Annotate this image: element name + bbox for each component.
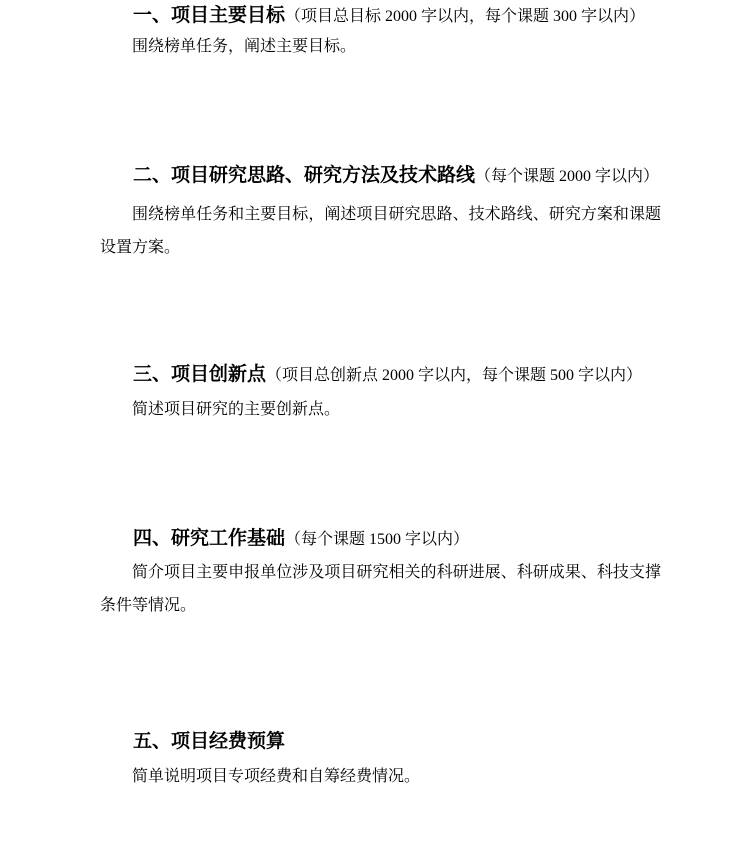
- section-body-text: 简单说明项目专项经费和自筹经费情况。: [100, 760, 661, 793]
- section-innovations: 三、项目创新点（项目总创新点 2000 字以内，每个课题 500 字以内） 简述…: [100, 362, 661, 426]
- section-body-text: 围绕榜单任务，阐述主要目标。: [100, 30, 661, 63]
- section-heading: 五、项目经费预算: [100, 729, 661, 756]
- section-title: 一、项目主要目标: [133, 5, 285, 26]
- section-title: 四、研究工作基础: [133, 528, 285, 549]
- section-body-text: 围绕榜单任务和主要目标，阐述项目研究思路、技术路线、研究方案和课题设置方案。: [100, 198, 661, 264]
- section-heading: 一、项目主要目标（项目总目标 2000 字以内，每个课题 300 字以内）: [100, 3, 661, 30]
- section-title: 二、项目研究思路、研究方法及技术路线: [133, 165, 475, 186]
- document-page: 一、项目主要目标（项目总目标 2000 字以内，每个课题 300 字以内） 围绕…: [0, 0, 746, 850]
- section-budget: 五、项目经费预算 简单说明项目专项经费和自筹经费情况。: [100, 729, 661, 793]
- section-word-limit-note: （每个课题 2000 字以内）: [475, 168, 659, 185]
- section-research-foundation: 四、研究工作基础（每个课题 1500 字以内） 简介项目主要申报单位涉及项目研究…: [100, 526, 661, 622]
- section-main-goals: 一、项目主要目标（项目总目标 2000 字以内，每个课题 300 字以内） 围绕…: [100, 3, 661, 63]
- section-title: 五、项目经费预算: [133, 731, 285, 752]
- section-research-approach: 二、项目研究思路、研究方法及技术路线（每个课题 2000 字以内） 围绕榜单任务…: [100, 163, 661, 264]
- section-body-text: 简介项目主要申报单位涉及项目研究相关的科研进展、科研成果、科技支撑条件等情况。: [100, 556, 661, 622]
- section-heading: 二、项目研究思路、研究方法及技术路线（每个课题 2000 字以内）: [100, 163, 661, 190]
- section-word-limit-note: （每个课题 1500 字以内）: [285, 531, 469, 548]
- section-word-limit-note: （项目总目标 2000 字以内，每个课题 300 字以内）: [285, 8, 645, 25]
- section-word-limit-note: （项目总创新点 2000 字以内，每个课题 500 字以内）: [266, 367, 642, 384]
- section-title: 三、项目创新点: [133, 364, 266, 385]
- section-heading: 四、研究工作基础（每个课题 1500 字以内）: [100, 526, 661, 553]
- section-heading: 三、项目创新点（项目总创新点 2000 字以内，每个课题 500 字以内）: [100, 362, 661, 389]
- section-body-text: 简述项目研究的主要创新点。: [100, 393, 661, 426]
